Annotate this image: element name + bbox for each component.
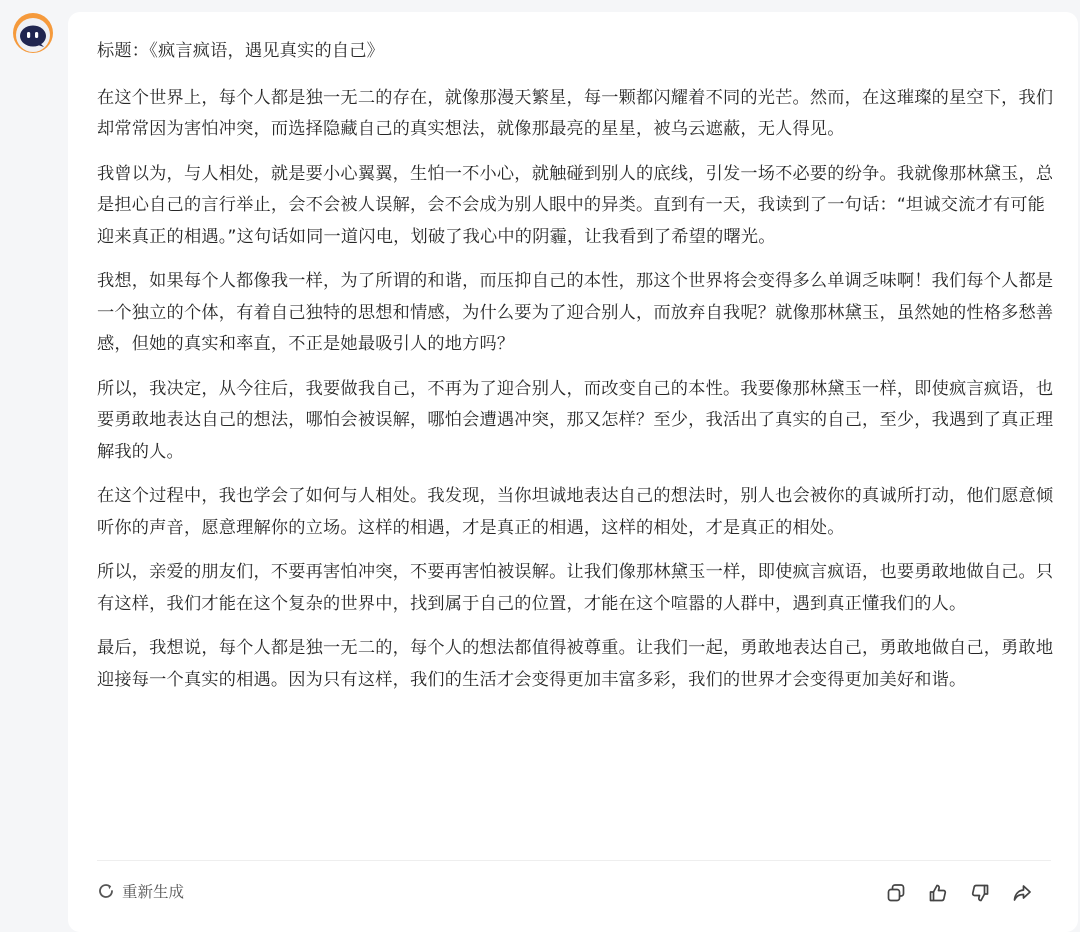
message-paragraph: 所以，我决定，从今往后，我要做我自己，不再为了迎合别人，而改变自己的本性。我要像… [97,374,1057,469]
copy-icon [886,883,906,903]
dislike-button[interactable] [969,882,991,904]
assistant-message-card: 标题：《疯言疯语，遇见真实的自己》 在这个世界上，每个人都是独一无二的存在，就像… [68,12,1078,916]
thumbs-down-icon [970,883,990,903]
thumbs-up-icon [928,883,948,903]
copy-button[interactable] [885,882,907,904]
message-paragraph: 我曾以为，与人相处，就是要小心翼翼，生怕一不小心，就触碰到别人的底线，引发一场不… [97,159,1057,254]
message-paragraph: 我想，如果每个人都像我一样，为了所谓的和谐，而压抑自己的本性，那这个世界将会变得… [97,266,1057,361]
message-content: 标题：《疯言疯语，遇见真实的自己》 在这个世界上，每个人都是独一无二的存在，就像… [97,36,1057,709]
message-title: 标题：《疯言疯语，遇见真实的自己》 [97,36,1057,68]
message-footer: 重新生成 [97,878,1057,910]
robot-bot-avatar-icon [12,12,54,54]
regenerate-label: 重新生成 [122,880,184,902]
divider [97,860,1051,861]
regenerate-button[interactable]: 重新生成 [97,880,184,902]
message-paragraph: 在这个世界上，每个人都是独一无二的存在，就像那漫天繁星，每一颗都闪耀着不同的光芒… [97,83,1057,146]
share-icon [1012,883,1032,903]
like-button[interactable] [927,882,949,904]
share-button[interactable] [1011,882,1033,904]
message-paragraph: 所以，亲爱的朋友们，不要再害怕冲突，不要再害怕被误解。让我们像那林黛玉一样，即使… [97,557,1057,620]
refresh-icon [97,882,115,900]
message-paragraph: 在这个过程中，我也学会了如何与人相处。我发现，当你坦诚地表达自己的想法时，别人也… [97,481,1057,544]
message-actions [885,882,1033,904]
assistant-avatar [12,12,54,54]
message-paragraph: 最后，我想说，每个人都是独一无二的，每个人的想法都值得被尊重。让我们一起，勇敢地… [97,633,1057,696]
